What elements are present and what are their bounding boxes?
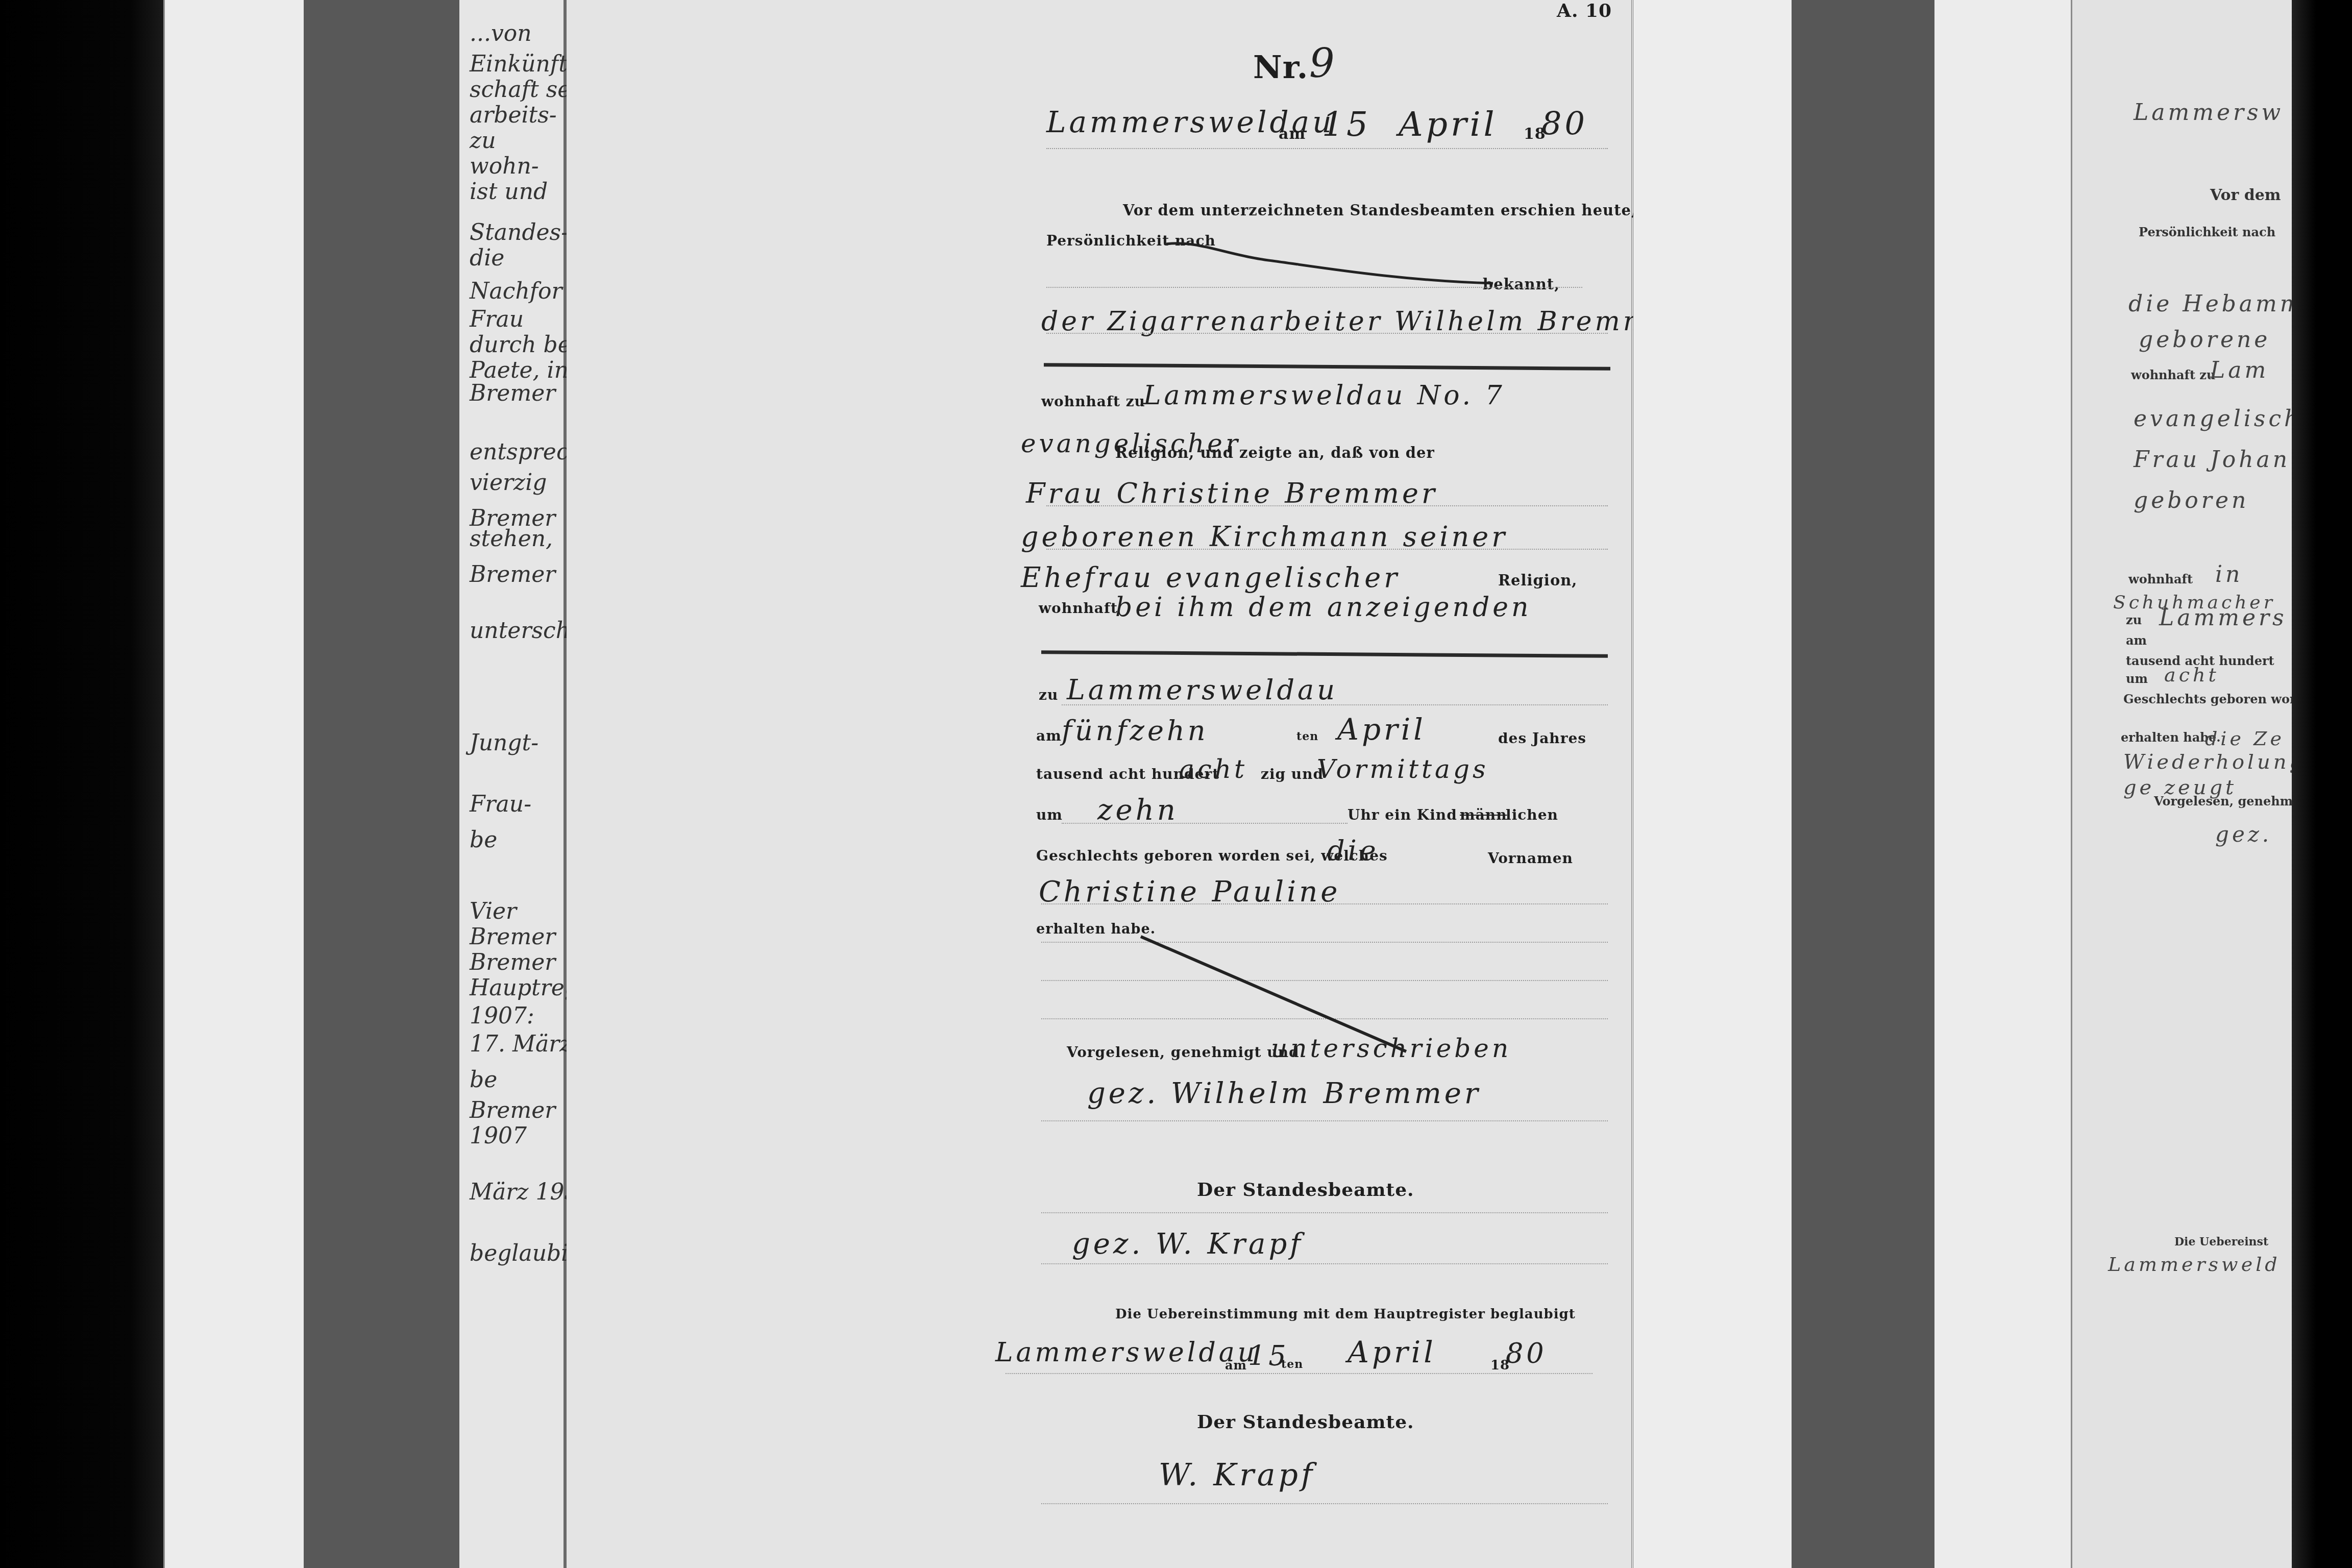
margin-note: stehen, — [470, 526, 553, 552]
microfilm-frame: ...von Einkünfte schaft sein arbeits- zu… — [0, 0, 2352, 1568]
dotted-line — [1041, 903, 1608, 904]
rp-identity: Persönlichkeit nach — [2139, 225, 2275, 239]
birth-day-label: am — [1036, 727, 1062, 744]
dotted-line — [1062, 823, 1347, 824]
official-signature: gez. W. Krapf — [1072, 1228, 1304, 1261]
ten-label: ten — [1296, 730, 1318, 743]
margin-note: arbeits- — [470, 102, 557, 128]
des-jahres-label: des Jahres — [1498, 730, 1586, 747]
margin-note: Bremer — [470, 380, 555, 406]
rp-birthplace: Lammers — [2159, 605, 2287, 631]
dotted-line — [1041, 1120, 1608, 1121]
header-am-label: am — [1279, 125, 1306, 143]
dotted-line — [1041, 1263, 1608, 1264]
rp-hour: acht — [2164, 664, 2219, 686]
header-day: 15 — [1322, 105, 1371, 144]
rp-read: Vorgelesen, genehm — [2154, 794, 2293, 808]
paper-strip-middle — [1633, 0, 1792, 1568]
religion-clause: Religion, und zeigte an, daß von der — [1115, 444, 1435, 461]
margin-note: Einkünfte — [470, 51, 581, 77]
rp-mother-residence-label: wohnhaft — [2128, 572, 2193, 586]
rp-place: Lammersw — [2134, 100, 2284, 126]
intro-line: Vor dem unterzeichneten Standesbeamten e… — [1123, 202, 1672, 219]
hour-value: zehn — [1097, 794, 1179, 827]
gray-band-right — [1792, 0, 1934, 1568]
paper-strip-right — [1934, 0, 2072, 1568]
zig-und-label: zig und — [1261, 766, 1324, 782]
margin-note: Bremer — [470, 924, 555, 950]
rp-mother-2: geboren — [2134, 487, 2249, 513]
film-border-left — [0, 0, 163, 1568]
margin-note: ...von — [470, 20, 532, 46]
gray-band-left — [304, 0, 459, 1568]
margin-note: Bremer — [470, 949, 555, 975]
paper-strip-left — [163, 0, 304, 1568]
mother-residence-value: bei ihm dem anzeigenden — [1115, 592, 1531, 623]
read-value: unterschrieben — [1271, 1034, 1511, 1063]
rp-declarant-2: geborene — [2139, 327, 2270, 353]
um-label: um — [1036, 806, 1063, 823]
article-value: die — [1327, 835, 1379, 867]
dotted-line — [1006, 1373, 1592, 1374]
margin-note: durch bei — [470, 332, 578, 358]
margin-note: 17. März — [470, 1031, 571, 1057]
header-month: April — [1399, 105, 1498, 144]
rp-cert-place: Lammersweld — [2108, 1253, 2281, 1276]
sex-suffix: lichen — [1506, 806, 1558, 823]
residence-label: wohnhaft zu — [1041, 393, 1145, 410]
rp-residence: Lam — [2210, 357, 2269, 383]
mother-residence-label: wohnhaft — [1039, 600, 1118, 617]
birthplace-value: Lammersweldau — [1067, 674, 1338, 706]
cert-month: April — [1347, 1335, 1436, 1369]
film-border-right — [2292, 0, 2352, 1568]
certification-line: Die Uebereinstimmung mit dem Hauptregist… — [1115, 1307, 1576, 1322]
time-of-day-value: Vormittags — [1317, 754, 1489, 784]
mother-religion: Ehefrau evangelischer — [1021, 561, 1400, 594]
rp-um-label: um — [2126, 671, 2148, 686]
margin-note: vierzig — [470, 470, 547, 496]
rp-am-label: am — [2126, 633, 2147, 648]
cert-ten-label: ten — [1281, 1358, 1303, 1371]
margin-note: Paete, in — [470, 357, 569, 383]
read-label: Vorgelesen, genehmigt und — [1067, 1044, 1300, 1061]
rp-religion: evangelisch — [2134, 406, 2301, 432]
religion-label: Religion, — [1498, 572, 1577, 589]
birthplace-label: zu — [1039, 687, 1058, 703]
rp-zu-label: zu — [2126, 612, 2142, 627]
margin-note: Vier — [470, 898, 517, 924]
declarant: der Zigarrenarbeiter Wilhelm Bremmer — [1041, 306, 1686, 337]
dotted-line — [1046, 333, 1608, 334]
year-value: acht — [1179, 754, 1247, 784]
margin-note: be — [470, 1067, 497, 1093]
official-signature-2: W. Krapf — [1159, 1457, 1315, 1493]
date-dotted-line — [1046, 148, 1608, 149]
margin-note: be — [470, 827, 497, 853]
mother-name: Frau Christine Bremmer — [1026, 477, 1438, 509]
margin-note: Nachfor — [470, 278, 562, 304]
header-year-suffix: 80 — [1541, 105, 1588, 142]
strike-through-line — [1166, 240, 1503, 291]
erhalten-label: erhalten habe. — [1036, 921, 1156, 937]
birth-month-value: April — [1337, 712, 1426, 747]
margin-note: Bremer — [470, 1097, 555, 1123]
record-number: 9 — [1309, 41, 1338, 87]
mother-maiden-name: geborenen Kirchmann seiner — [1021, 521, 1508, 553]
birth-day-value: fünfzehn — [1062, 715, 1209, 747]
rp-signature: gez. — [2215, 822, 2272, 847]
margin-note: Standes- — [470, 219, 569, 246]
margin-note: zu — [470, 128, 496, 154]
rp-intro: Vor dem — [2210, 186, 2281, 204]
corner-label: A. 10 — [1557, 0, 1612, 21]
margin-note: ist und — [470, 179, 548, 205]
record-number-label: Nr. — [1253, 48, 1308, 86]
dotted-line — [1062, 704, 1608, 705]
declarant-signature: gez. Wilhelm Bremmer — [1087, 1077, 1481, 1110]
rp-mother-residence: in — [2215, 561, 2243, 587]
margin-note: Frau- — [470, 791, 531, 817]
dotted-line — [1046, 287, 1582, 288]
dotted-line — [1046, 549, 1608, 550]
sex-strike: männ — [1460, 806, 1507, 823]
rp-residence-label: wohnhaft zu — [2131, 367, 2215, 382]
margin-note: Jungt- — [470, 730, 538, 756]
dotted-line — [1046, 505, 1608, 506]
margin-note: 1907 — [470, 1123, 527, 1149]
cert-place: Lammersweldau — [995, 1337, 1258, 1368]
margin-note: die — [470, 245, 504, 271]
margin-note: Frau — [470, 306, 524, 332]
rp-erhalten-value: die Ze — [2205, 727, 2285, 750]
rp-cert: Die Uebereinst — [2174, 1235, 2268, 1248]
cert-year-suffix: 80 — [1506, 1337, 1547, 1369]
margin-note: Bremer — [470, 561, 555, 587]
margin-note: wohn- — [470, 153, 539, 179]
identity-suffix: bekannt, — [1483, 276, 1560, 293]
vornamen-label: Vornamen — [1488, 850, 1573, 867]
residence-value: Lammersweldau No. 7 — [1143, 380, 1505, 411]
margin-note: 1907: — [470, 1003, 534, 1029]
uhr-label: Uhr ein Kind — [1347, 806, 1457, 823]
dotted-line — [1041, 1503, 1608, 1504]
rp-remark: Wiederholung — [2123, 750, 2306, 774]
official-title: Der Standesbeamte. — [1197, 1179, 1414, 1200]
rp-geschlechts: Geschlechts geboren wor — [2123, 692, 2296, 706]
dotted-line — [1041, 1212, 1608, 1213]
official-title-2: Der Standesbeamte. — [1197, 1411, 1414, 1433]
cert-am-label: am — [1225, 1358, 1247, 1373]
